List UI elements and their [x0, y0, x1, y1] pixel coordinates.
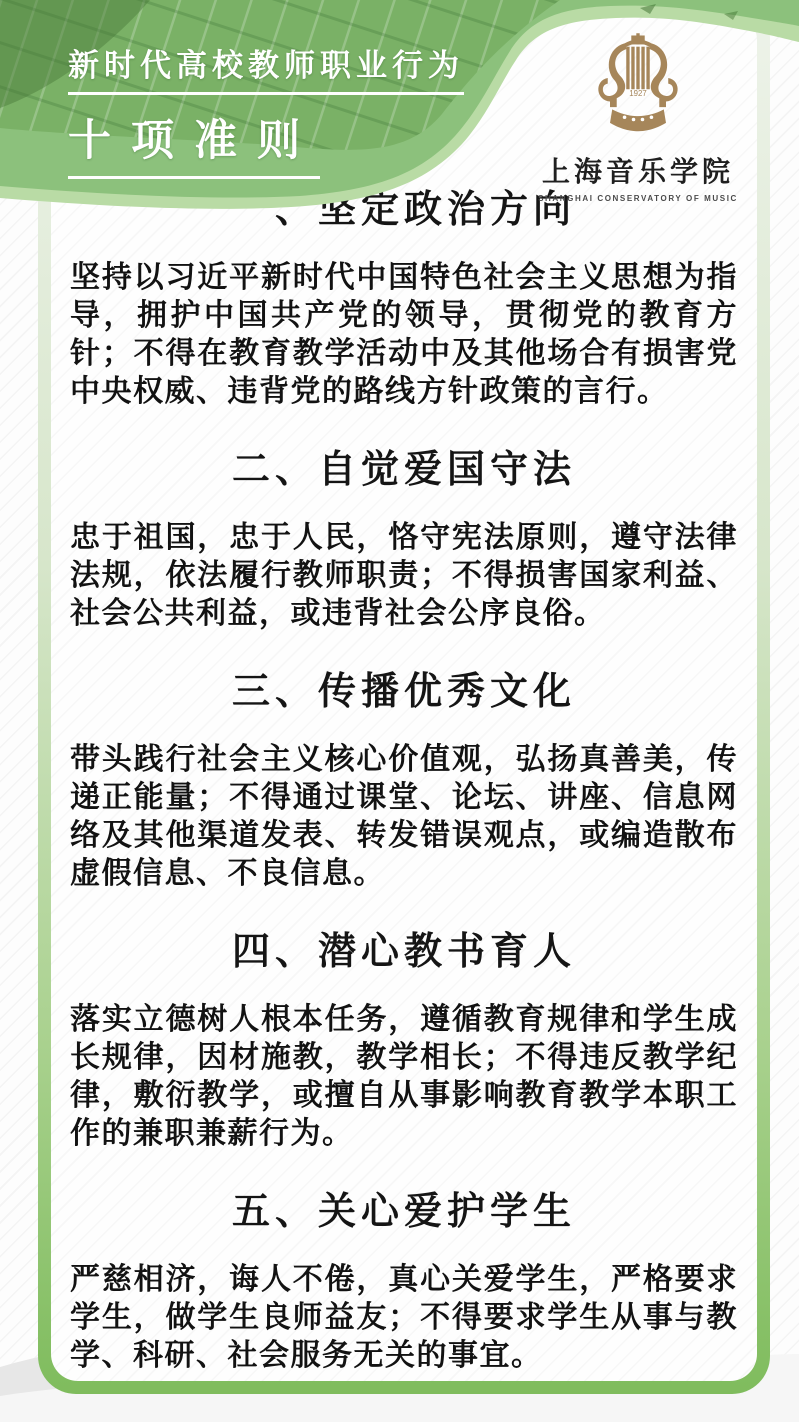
section-4-body: 落实立德树人根本任务，遵循教育规律和学生成长规律，因材施教，教学相长；不得违反教…: [70, 1001, 738, 1153]
section-3-body: 带头践行社会主义核心价值观，弘扬真善美，传递正能量；不得通过课堂、论坛、讲座、信…: [70, 741, 738, 893]
section-2-heading: 二、自觉爱国守法: [70, 451, 738, 489]
guidelines-card: 一、坚定政治方向 坚持以习近平新时代中国特色社会主义思想为指导，拥护中国共产党的…: [38, 0, 770, 1394]
section-4-heading: 四、潜心教书育人: [70, 933, 738, 971]
section-5-heading: 五、关心爱护学生: [70, 1193, 738, 1231]
lyre-emblem-icon: 1927: [582, 28, 694, 146]
section-1-body: 坚持以习近平新时代中国特色社会主义思想为指导，拥护中国共产党的领导，贯彻党的教育…: [70, 259, 738, 411]
logo-year: 1927: [629, 89, 646, 98]
header-titles: 新时代高校教师职业行为 十项准则: [68, 40, 464, 179]
poster-title-line1: 新时代高校教师职业行为: [68, 40, 464, 95]
poster-title-line2: 十项准则: [68, 107, 320, 179]
section-5-body: 严慈相济，诲人不倦，真心关爱学生，严格要求学生，做学生良师益友；不得要求学生从事…: [70, 1261, 738, 1375]
poster-page: { "poster": { "header": { "title_line1":…: [0, 0, 799, 1422]
school-name-cn: 上海音乐学院: [488, 150, 788, 190]
school-logo: 1927 上海音乐学院 SHANGHAI CONSERVATORY OF MUS…: [488, 28, 788, 203]
school-name-en: SHANGHAI CONSERVATORY OF MUSIC: [488, 194, 788, 203]
section-3-heading: 三、传播优秀文化: [70, 673, 738, 711]
section-2-body: 忠于祖国，忠于人民，恪守宪法原则，遵守法律法规，依法履行教师职责；不得损害国家利…: [70, 519, 738, 633]
guidelines-card-body: 一、坚定政治方向 坚持以习近平新时代中国特色社会主义思想为指导，拥护中国共产党的…: [51, 13, 757, 1381]
